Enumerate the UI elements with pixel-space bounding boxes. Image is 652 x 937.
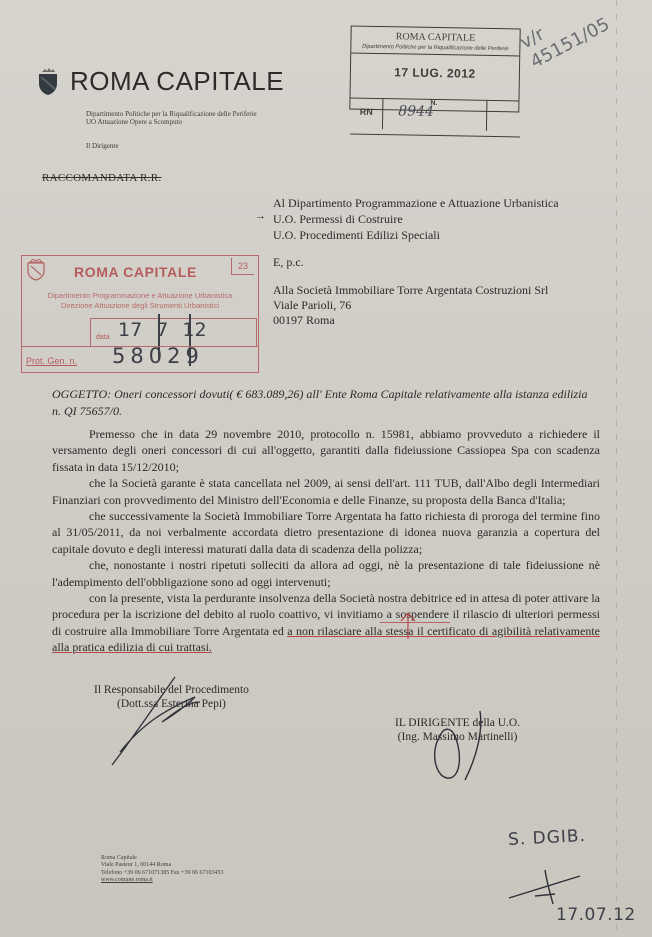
protocol-number: 58029 — [112, 344, 204, 368]
roma-crest-icon — [27, 259, 45, 281]
letter-footer: Roma Capitale Viale Pasteur 1, 00144 Rom… — [101, 855, 224, 885]
office-line: UO Attuazione Opere a Scomputo — [86, 118, 257, 126]
receipt-stamp-rn: RN — [350, 99, 384, 130]
protocol-date-year: 12 — [182, 319, 206, 341]
body-paragraph: con la presente, vista la perdurante ins… — [52, 590, 600, 656]
footer-address: Viale Pasteur 1, 00144 Roma — [101, 862, 224, 869]
stamp-bottom-border — [350, 134, 520, 138]
page-fold-line — [616, 0, 617, 937]
cc-address: Alla Società Immobiliare Torre Argentata… — [273, 283, 548, 328]
red-arrow-up-icon — [398, 610, 418, 640]
protocol-direction-line: Direzione Attuazione degli Strumenti Urb… — [22, 301, 258, 311]
footer-phone-fax: Telefono +39 06 671071385 Fax +39 06 671… — [101, 870, 224, 877]
protocol-date: 17 7 12 — [118, 319, 207, 341]
protocol-stamp: ROMA CAPITALE 23 Dipartimento Programmaz… — [21, 255, 259, 373]
handwritten-initials: S. DGIB. — [508, 826, 587, 850]
protocol-dept-line: Dipartimento Programmazione e Attuazione… — [22, 291, 258, 301]
body-paragraph: che successivamente la Società Immobilia… — [52, 508, 600, 557]
recipient-office-permits: U.O. Permessi di Costruire — [273, 211, 559, 227]
body-paragraph: che la Società garante è stata cancellat… — [52, 475, 600, 508]
handwritten-signature-right — [425, 706, 505, 786]
body-paragraph: che, nonostante i nostri ripetuti sollec… — [52, 557, 600, 590]
handwritten-mark — [505, 868, 585, 908]
letter-body: Premesso che in data 29 novembre 2010, p… — [52, 426, 600, 656]
letterhead-brand: ROMA CAPITALE — [70, 66, 284, 97]
receipt-stamp-subtitle: Dipartimento Politiche per la Riqualific… — [353, 44, 517, 53]
letter-subject: OGGETTO: Oneri concessori dovuti( € 683.… — [52, 386, 597, 420]
footer-website-link[interactable]: www.comune.roma.it — [101, 877, 224, 884]
recipient-office-special: U.O. Procedimenti Edilizi Speciali — [273, 227, 559, 243]
scanned-letter: ROMA CAPITALE Dipartimento Politiche per… — [0, 0, 652, 937]
receipt-stamp-number: 8944 — [398, 103, 434, 120]
stamp-divider — [351, 53, 519, 57]
cc-company: Alla Società Immobiliare Torre Argentata… — [273, 283, 548, 298]
delivery-method-struck: RACCOMANDATA R.R. — [42, 172, 161, 184]
arrow-icon: → — [255, 210, 266, 222]
protocol-date-label: data — [96, 334, 110, 341]
cc-city: 00197 Roma — [273, 313, 548, 328]
protocol-number-label: Prot. Gen. n. — [26, 356, 77, 366]
cc-label: E, p.c. — [273, 255, 304, 270]
protocol-stamp-box-number: 23 — [231, 258, 254, 275]
roma-crest-icon — [38, 68, 58, 96]
protocol-stamp-department: Dipartimento Programmazione e Attuazione… — [22, 291, 258, 311]
handwritten-signature-left — [100, 672, 210, 772]
department-line: Dipartimento Politiche per la Riqualific… — [86, 110, 257, 118]
handwritten-reference: v/r 45151/05 — [517, 0, 614, 74]
receipt-stamp-title: ROMA CAPITALE — [351, 31, 519, 45]
footer-org: Roma Capitale — [101, 855, 224, 862]
protocol-stamp-title: ROMA CAPITALE — [74, 264, 197, 280]
receipt-stamp-date: 17 LUG. 2012 — [351, 65, 519, 82]
signatory-role: Il Dirigente — [86, 142, 118, 150]
receipt-stamp-empty-cell — [486, 101, 518, 132]
body-paragraph: Premesso che in data 29 novembre 2010, p… — [52, 426, 600, 475]
receipt-stamp: ROMA CAPITALE Dipartimento Politiche per… — [349, 26, 520, 113]
handwritten-date: 17.07.12 — [556, 905, 636, 925]
letterhead-department: Dipartimento Politiche per la Riqualific… — [86, 110, 257, 126]
recipient-department: Al Dipartimento Programmazione e Attuazi… — [273, 195, 559, 211]
recipients-block: Al Dipartimento Programmazione e Attuazi… — [273, 195, 559, 243]
protocol-date-day: 17 — [118, 319, 142, 341]
cc-street: Viale Parioli, 76 — [273, 298, 548, 313]
